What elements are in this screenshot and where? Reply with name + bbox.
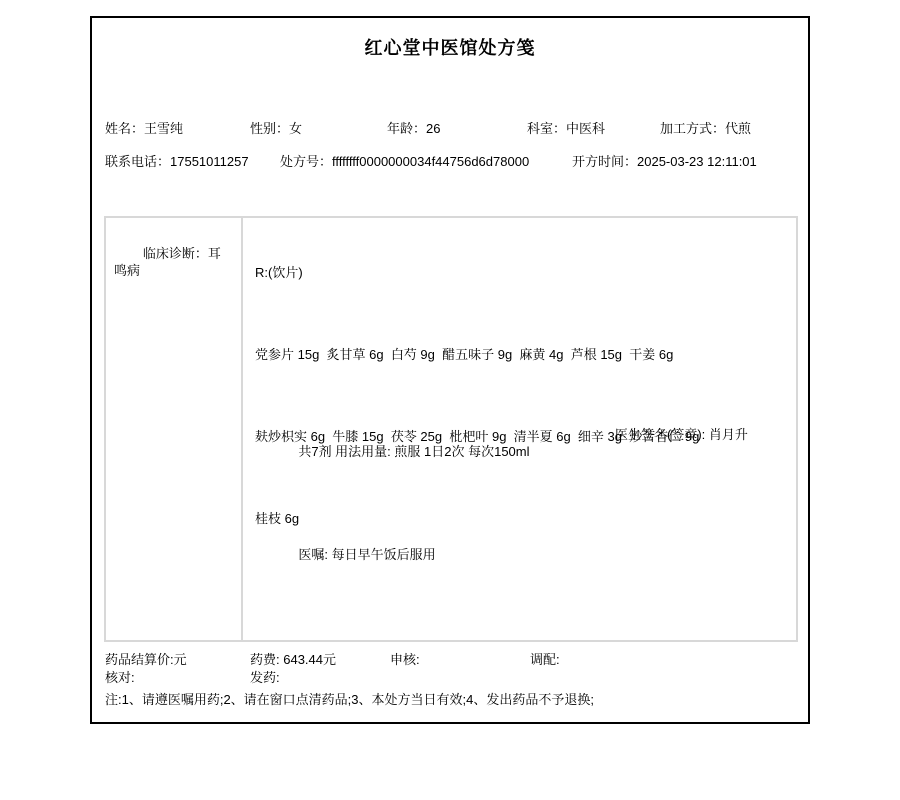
department-field: 科室：中医科 <box>527 120 605 137</box>
advice-label: 医嘱: <box>298 547 331 562</box>
prescription-number-label: 处方号： <box>280 154 332 169</box>
doctor-signature-field: 医生签名(签章): 肖月升 <box>615 426 748 443</box>
fee-label: 药费: <box>250 652 283 667</box>
usage-line: 共7剂 用法用量: 煎服 1日2次 每次150ml <box>298 444 529 459</box>
prescription-number-value: ffffffff0000000034f44756d6d78000 <box>332 154 529 169</box>
patient-age-field: 年龄：26 <box>387 120 440 137</box>
department-label: 科室： <box>527 121 566 136</box>
patient-age-label: 年龄： <box>387 121 426 136</box>
phone-field: 联系电话：17551011257 <box>105 153 249 170</box>
prescription-box: 临床诊断：耳鸣病 R:(饮片) 党参片 15g 炙甘草 6g 白芍 9g 醋五味… <box>104 216 798 642</box>
page: 红心堂中医馆处方笺 姓名：王雪纯 性别：女 年龄：26 科室：中医科 加工方式：… <box>0 0 900 800</box>
patient-name-field: 姓名：王雪纯 <box>105 120 183 137</box>
phone-label: 联系电话： <box>105 154 170 169</box>
medicine-line: 党参片 15g 炙甘草 6g 白芍 9g 醋五味子 9g 麻黄 4g 芦根 15… <box>255 346 784 363</box>
notes-line: 注:1、请遵医嘱用药;2、请在窗口点清药品;3、本处方当日有效;4、发出药品不予… <box>105 691 594 708</box>
phone-value: 17551011257 <box>170 154 249 169</box>
usage-row: 共7剂 用法用量: 煎服 1日2次 每次150ml 医生签名(签章): 肖月升 <box>255 426 786 494</box>
patient-gender-label: 性别： <box>250 121 289 136</box>
prescription-number-field: 处方号：ffffffff0000000034f44756d6d78000 <box>280 153 529 170</box>
processing-method-field: 加工方式：代煎 <box>660 120 751 137</box>
diagnosis-label: 临床诊断： <box>143 246 208 261</box>
diagnosis-cell: 临床诊断：耳鸣病 <box>106 218 243 640</box>
processing-method-value: 代煎 <box>725 121 751 136</box>
fee-field: 药费: 643.44元 <box>250 651 336 668</box>
processing-method-label: 加工方式： <box>660 121 725 136</box>
doctor-signature-label: 医生签名(签章): <box>615 427 709 442</box>
patient-age-value: 26 <box>426 121 440 136</box>
patient-name-value: 王雪纯 <box>144 121 183 136</box>
fee-value: 643.44元 <box>283 652 336 667</box>
advice-value: 每日早午饭后服用 <box>332 547 436 562</box>
department-value: 中医科 <box>566 121 605 136</box>
settle-price-label: 药品结算价: <box>105 652 174 667</box>
review-field: 申核: <box>390 651 420 668</box>
medicines-cell: R:(饮片) 党参片 15g 炙甘草 6g 白芍 9g 醋五味子 9g 麻黄 4… <box>243 218 796 640</box>
document-title: 红心堂中医馆处方笺 <box>92 38 808 58</box>
prescription-document: 红心堂中医馆处方笺 姓名：王雪纯 性别：女 年龄：26 科室：中医科 加工方式：… <box>90 16 810 724</box>
dispense-field: 调配: <box>530 651 560 668</box>
doctor-signature-value: 肖月升 <box>709 427 748 442</box>
patient-gender-value: 女 <box>289 121 302 136</box>
advice-row: 医嘱: 每日早午饭后服用 <box>255 529 786 580</box>
prescribe-time-label: 开方时间： <box>572 154 637 169</box>
patient-name-label: 姓名： <box>105 121 144 136</box>
prescribe-time-field: 开方时间：2025-03-23 12:11:01 <box>572 153 757 170</box>
check-field: 核对: <box>105 669 135 686</box>
usage-block: 共7剂 用法用量: 煎服 1日2次 每次150ml 医生签名(签章): 肖月升 … <box>255 392 786 614</box>
prescribe-time-value: 2025-03-23 12:11:01 <box>637 154 757 169</box>
issue-field: 发药: <box>250 669 280 686</box>
rp-header: R:(饮片) <box>255 264 784 281</box>
settle-price-value: 元 <box>174 652 187 667</box>
patient-gender-field: 性别：女 <box>250 120 302 137</box>
settle-price-field: 药品结算价:元 <box>105 651 187 668</box>
